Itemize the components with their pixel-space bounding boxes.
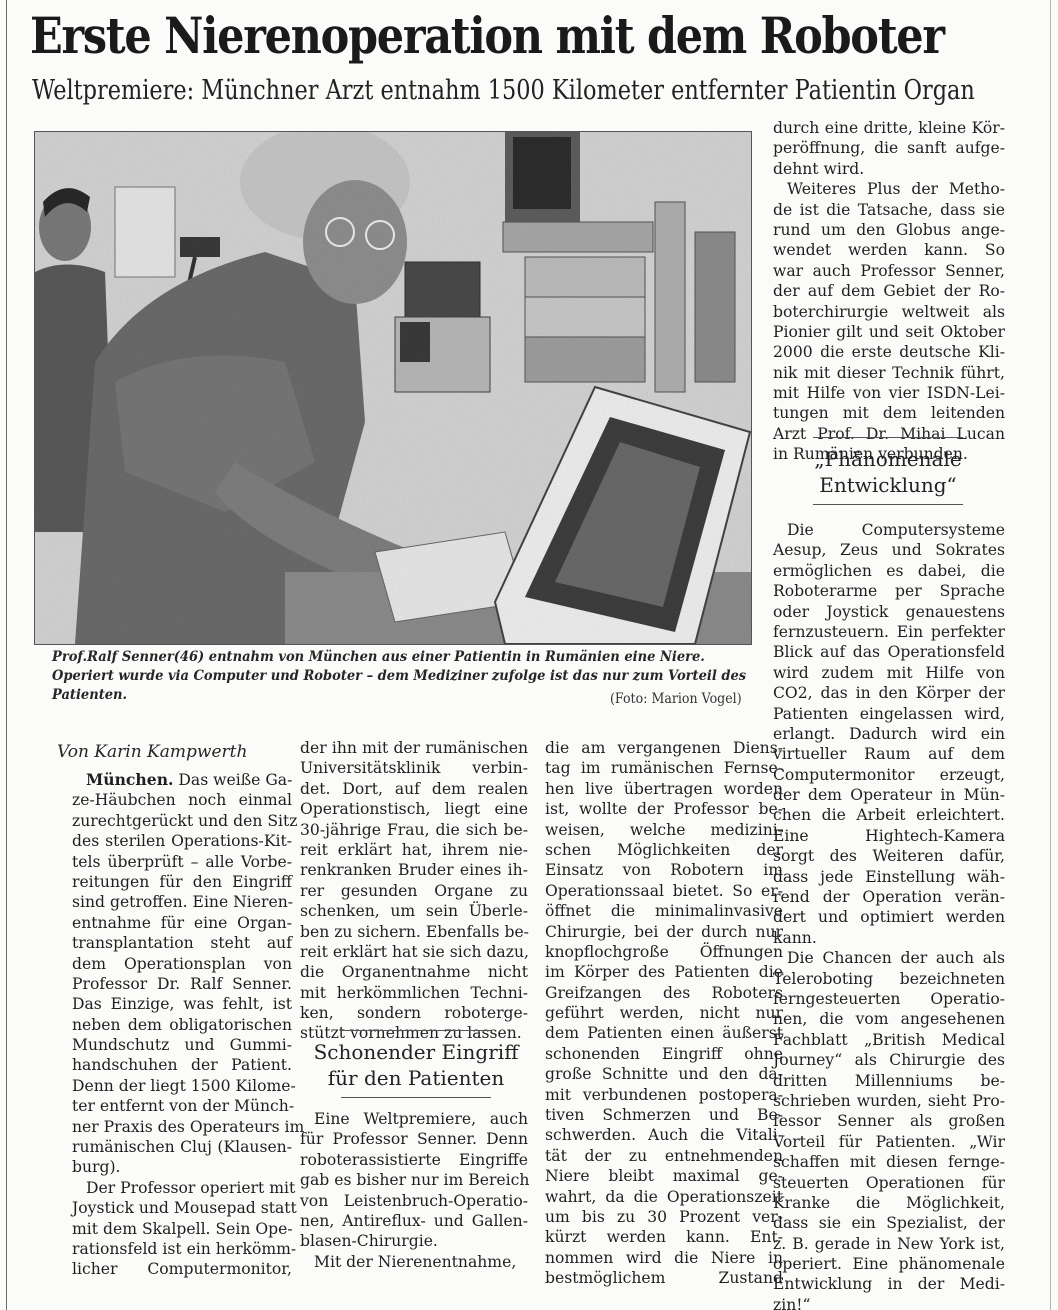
text-line: Niere bleibt maximal ge-: [545, 1166, 783, 1186]
text-line: sind getroffen. Eine Nieren-: [72, 892, 292, 912]
text-line: de ist die Tatsache, dass sie: [773, 200, 1005, 220]
article-column-2-continued: Eine Weltpremiere, auch für Professor Se…: [300, 1109, 528, 1272]
dateline: München.: [86, 770, 173, 789]
text-line: Pionier gilt und seit Oktober: [773, 322, 1005, 342]
text-line: Teleroboting bezeichneten: [773, 969, 1005, 989]
article-column-3: die am vergangenen Diens- tag im rumänis…: [545, 738, 783, 1289]
text-line: CO2, das in den Körper der: [773, 683, 1005, 703]
text-line: Eine Hightech-Kamera: [773, 826, 1005, 846]
text-line: Joystick und Mousepad statt: [72, 1198, 292, 1218]
text-line: wird zudem mit Hilfe von: [773, 663, 1005, 683]
text-line: ze-Häubchen noch einmal: [72, 790, 292, 810]
text-line: im Körper des Patienten die: [545, 962, 783, 982]
text-line: war auch Professor Senner,: [773, 261, 1005, 281]
subhead-schonender-eingriff: Schonender Eingriff für den Patienten: [305, 1030, 527, 1098]
text-line: zin!“: [773, 1295, 1005, 1310]
photo-credit: (Foto: Marion Vogel): [610, 691, 742, 707]
text-line: ist, wollte der Professor be-: [545, 799, 783, 819]
text-line: gab es bisher nur im Bereich: [300, 1170, 528, 1190]
text-line: peröffnung, die sanft aufge-: [773, 138, 1005, 158]
text-line: öffnet die minimalinvasive: [545, 901, 783, 921]
text-line: Die Chancen der auch als: [773, 948, 1005, 968]
text-line: chen die Arbeit erleichtert.: [773, 805, 1005, 825]
text-line: Vorteil für Patienten. „Wir: [773, 1132, 1005, 1152]
text-line: rund um den Globus ange-: [773, 220, 1005, 240]
text-line: tag im rumänischen Fernse-: [545, 758, 783, 778]
text-line: Das Einzige, was fehlt, ist: [72, 994, 292, 1014]
text-line: mit Hilfe von vier ISDN-Lei-: [773, 383, 1005, 403]
text-line: Operationssaal bietet. So er-: [545, 881, 783, 901]
text-line: neben dem obligatorischen: [72, 1015, 292, 1035]
text-line: sorgt des Weiteren dafür,: [773, 846, 1005, 866]
text-line: schwerden. Auch die Vitali-: [545, 1125, 783, 1145]
page-edge-left: [6, 0, 7, 1310]
caption-line: Operiert wurde via Computer und Roboter …: [52, 667, 711, 686]
text-line: tels überprüft – alle Vorbe-: [72, 852, 292, 872]
text-line: Die Computersysteme: [773, 520, 1005, 540]
text-line: schonenden Eingriff ohne: [545, 1044, 783, 1064]
headline: Erste Nierenoperation mit dem Roboter: [30, 6, 856, 66]
text-line: dem Operationsplan von: [72, 954, 292, 974]
text-line: handschuhen der Patient.: [72, 1055, 292, 1075]
text-line: ken, sondern roboterge-: [300, 1003, 528, 1023]
text-line: Einsatz von Robotern im: [545, 860, 783, 880]
text-line: burg).: [72, 1157, 292, 1177]
text-line: mit verbundenen postopera-: [545, 1085, 783, 1105]
text-line: Chirurgie, bei der durch nur: [545, 922, 783, 942]
text-line: von Leistenbruch-Operatio-: [300, 1191, 528, 1211]
text-line: dert und optimiert werden: [773, 907, 1005, 927]
divider: [341, 1097, 491, 1098]
text-line: ferngesteuerten Operatio-: [773, 989, 1005, 1009]
text-line: nen, Antireflux- und Gallen-: [300, 1211, 528, 1231]
text-line: reit erklärt hat sie sich dazu,: [300, 942, 528, 962]
text-line: bestmöglichem Zustand: [545, 1268, 783, 1288]
text-line: Aesup, Zeus und Sokrates: [773, 540, 1005, 560]
text-line: renkranken Bruder eines ih-: [300, 860, 528, 880]
subheadline: Weltpremiere: Münchner Arzt entnahm 1500…: [32, 74, 975, 108]
text-line: fernzusteuern. Ein perfekter: [773, 622, 1005, 642]
text-line: dass jede Einstellung wäh-: [773, 867, 1005, 887]
text-line: operiert. Eine phänomenale: [773, 1254, 1005, 1274]
text-line: rer gesunden Organe zu: [300, 881, 528, 901]
text-line: große Schnitte und den da-: [545, 1064, 783, 1084]
text-line: Professor Dr. Ralf Senner.: [72, 974, 292, 994]
text-line: schrieben wurden, sieht Pro-: [773, 1091, 1005, 1111]
text-line: z. B. gerade in New York ist,: [773, 1234, 1005, 1254]
divider: [813, 504, 963, 505]
byline: Von Karin Kampwerth: [57, 742, 247, 762]
text-line: tungen mit dem leitenden: [773, 403, 1005, 423]
text-line: geführt werden, nicht nur: [545, 1003, 783, 1023]
text-line: rend der Operation verän-: [773, 887, 1005, 907]
text-line: kann.: [773, 928, 1005, 948]
text-line: der dem Operateur in Mün-: [773, 785, 1005, 805]
text-line: ter entfernt von der Münch-: [72, 1096, 292, 1116]
text-line: des sterilen Operations-Kit-: [72, 831, 292, 851]
text-line: Entwicklung in der Medi-: [773, 1274, 1005, 1294]
text-line: transplantation steht auf: [72, 933, 292, 953]
text-line: fessor Senner als großen: [773, 1111, 1005, 1131]
text-line: boterchirurgie weltweit als: [773, 302, 1005, 322]
subhead-line: für den Patienten: [305, 1065, 527, 1091]
caption-line: Prof.Ralf Senner(46) entnahm von München…: [52, 648, 711, 667]
text-line: reit erklärt hat, ihrem nie-: [300, 840, 528, 860]
text-line: nommen wird die Niere in: [545, 1248, 783, 1268]
text-line: reitungen für den Eingriff: [72, 872, 292, 892]
text-line: durch eine dritte, kleine Kör-: [773, 118, 1005, 138]
text-line: Der Professor operiert mit: [72, 1178, 292, 1198]
divider: [813, 437, 963, 438]
article-column-2: der ihn mit der rumänischen Universitäts…: [300, 738, 528, 1044]
text-line: mit dem Skalpell. Sein Ope-: [72, 1219, 292, 1239]
surgeon-photo-illustration: [35, 132, 751, 644]
subhead-phaenomenale-entwicklung: „Phänomenale Entwicklung“: [790, 437, 986, 505]
text-line: schenken, um sein Überle-: [300, 901, 528, 921]
text-line: der ihn mit der rumänischen: [300, 738, 528, 758]
text-line: steuerten Operationen für: [773, 1173, 1005, 1193]
text-line: um bis zu 30 Prozent ver-: [545, 1207, 783, 1227]
text-line: Blick auf das Operationsfeld: [773, 642, 1005, 662]
text-line: Weiteres Plus der Metho-: [773, 179, 1005, 199]
text-line: Denn der liegt 1500 Kilome-: [72, 1076, 292, 1096]
text-line: Mit der Nierenentnahme,: [300, 1252, 528, 1272]
text-line: München. Das weiße Ga-: [72, 770, 292, 790]
text-line: wahrt, da die Operationszeit: [545, 1187, 783, 1207]
text-line: dritten Millenniums be-: [773, 1071, 1005, 1091]
text-line: schen Möglichkeiten der: [545, 840, 783, 860]
text-line: erlangt. Dadurch wird ein: [773, 724, 1005, 744]
text-line: hen live übertragen worden: [545, 779, 783, 799]
text-line: der auf dem Gebiet der Ro-: [773, 281, 1005, 301]
text-line: ner Praxis des Operateurs im: [72, 1117, 292, 1137]
text-line: dem Patienten einen äußerst: [545, 1023, 783, 1043]
text-line: mit herkömmlichen Techni-: [300, 983, 528, 1003]
article-column-1: München. Das weiße Ga- ze-Häubchen noch …: [72, 770, 292, 1280]
article-photo: [34, 131, 752, 645]
text-line: Patienten eingelassen wird,: [773, 704, 1005, 724]
text-line: nen, die vom angesehenen: [773, 1009, 1005, 1029]
text-line: entnahme für eine Organ-: [72, 913, 292, 933]
text-line: dass sie ein Spezialist, der: [773, 1213, 1005, 1233]
subhead-line: Schonender Eingriff: [305, 1039, 527, 1065]
text-line: Universitätsklinik verbin-: [300, 758, 528, 778]
text-line: det. Dort, auf dem realen: [300, 779, 528, 799]
divider: [341, 1030, 491, 1031]
text-line: tiven Schmerzen und Be-: [545, 1105, 783, 1125]
text-line: Eine Weltpremiere, auch: [300, 1109, 528, 1129]
text-line: für Professor Senner. Denn: [300, 1129, 528, 1149]
text-line: weisen, welche medizini-: [545, 820, 783, 840]
text-line: tät der zu entnehmenden: [545, 1146, 783, 1166]
text-line: die am vergangenen Diens-: [545, 738, 783, 758]
text-line: roboterassistierte Eingriffe: [300, 1150, 528, 1170]
text-line: Operationstisch, liegt eine: [300, 799, 528, 819]
text-line: Fachblatt „British Medical: [773, 1030, 1005, 1050]
text-line: Roboterarme per Sprache: [773, 581, 1005, 601]
text-line: Computermonitor erzeugt,: [773, 765, 1005, 785]
text-line: dehnt wird.: [773, 159, 1005, 179]
article-column-4-continued: Die Computersysteme Aesup, Zeus und Sokr…: [773, 520, 1005, 1310]
text-line: ben zu sichern. Ebenfalls be-: [300, 922, 528, 942]
text-line: kürzt werden kann. Ent-: [545, 1227, 783, 1247]
text-line: ermöglichen es dabei, die: [773, 561, 1005, 581]
subhead-line: „Phänomenale: [790, 446, 986, 472]
text-line: rationsfeld ist ein herkömm-: [72, 1239, 292, 1259]
subhead-line: Entwicklung“: [790, 472, 986, 498]
text-line: die Organentnahme nicht: [300, 962, 528, 982]
text-line: schaffen mit diesen fernge-: [773, 1152, 1005, 1172]
text-line: oder Joystick genauestens: [773, 602, 1005, 622]
text-line: virtueller Raum auf dem: [773, 744, 1005, 764]
text-line: nik mit dieser Technik führt,: [773, 363, 1005, 383]
text-line: 30-jährige Frau, die sich be-: [300, 820, 528, 840]
text-line: wendet werden kann. So: [773, 240, 1005, 260]
text-line: Mundschutz und Gummi-: [72, 1035, 292, 1055]
text-line: 2000 die erste deutsche Kli-: [773, 342, 1005, 362]
text-line: zurechtgerückt und den Sitz: [72, 811, 292, 831]
text-line: knopflochgroße Öffnungen: [545, 942, 783, 962]
text-line: rumänischen Cluj (Klausen-: [72, 1137, 292, 1157]
text-line: Greifzangen des Roboters: [545, 983, 783, 1003]
text-line: licher Computermonitor,: [72, 1259, 292, 1279]
article-column-4: durch eine dritte, kleine Kör- peröffnun…: [773, 118, 1005, 465]
text-line: Journey“ als Chirurgie des: [773, 1050, 1005, 1070]
text-line: Kranke die Möglichkeit,: [773, 1193, 1005, 1213]
text-line: blasen-Chirurgie.: [300, 1231, 528, 1251]
page-edge-right: [1050, 0, 1051, 1310]
